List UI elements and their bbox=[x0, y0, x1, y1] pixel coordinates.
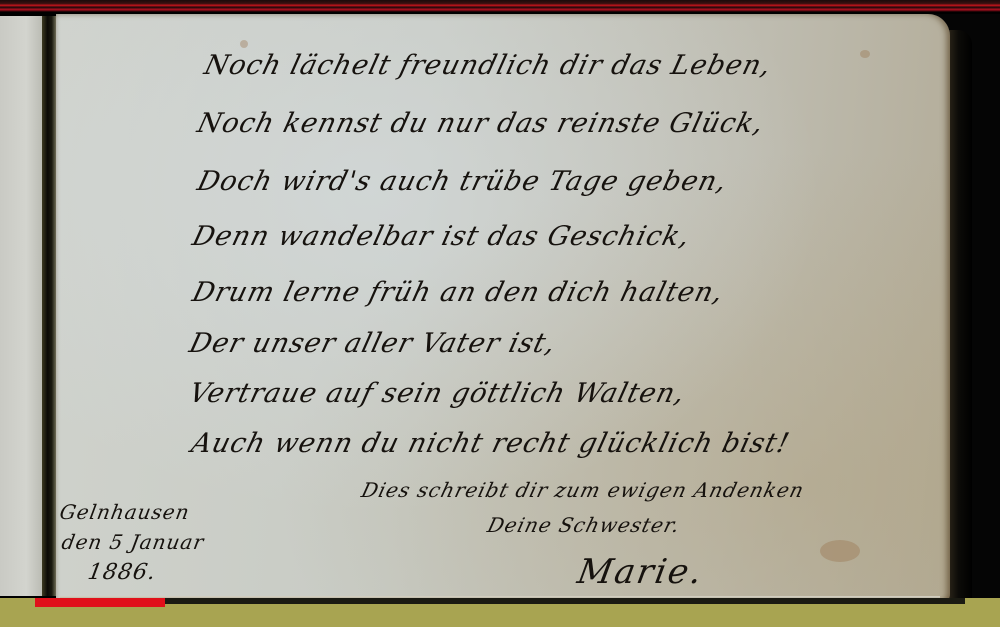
bottom-shadow-line bbox=[165, 598, 965, 604]
place-name: Gelnhausen bbox=[58, 500, 192, 524]
date-text: den 5 Januar bbox=[60, 530, 206, 554]
bottom-red-accent bbox=[35, 598, 165, 607]
poem-line-8: Auch wenn du nicht recht glücklich bist! bbox=[188, 428, 793, 459]
relation-line: Deine Schwester. bbox=[485, 513, 683, 537]
poem-line-6: Der unser aller Vater ist, bbox=[186, 328, 559, 359]
poem-line-1: Noch lächelt freundlich dir das Leben, bbox=[201, 50, 775, 81]
poem-line-4: Denn wandelbar ist das Geschick, bbox=[189, 221, 693, 252]
poem-line-3: Doch wird's auch trübe Tage geben, bbox=[194, 166, 730, 197]
left-page-sliver bbox=[0, 16, 44, 596]
signature: Marie. bbox=[574, 552, 706, 592]
dedication-line: Dies schreibt dir zum ewigen Andenken bbox=[359, 478, 807, 502]
paper-stain bbox=[240, 40, 248, 48]
photo-scene: Noch lächelt freundlich dir das Leben, N… bbox=[0, 0, 1000, 627]
poem-line-2: Noch kennst du nur das reinste Glück, bbox=[194, 108, 767, 139]
poem-line-5: Drum lerne früh an den dich halten, bbox=[189, 277, 727, 308]
book-gutter bbox=[42, 16, 56, 596]
paper-stain bbox=[820, 540, 860, 562]
paper-stain bbox=[860, 50, 870, 58]
year-text: 1886. bbox=[86, 560, 158, 585]
top-border-strip bbox=[0, 0, 1000, 12]
poem-line-7: Vertraue auf sein göttlich Walten, bbox=[186, 378, 688, 409]
